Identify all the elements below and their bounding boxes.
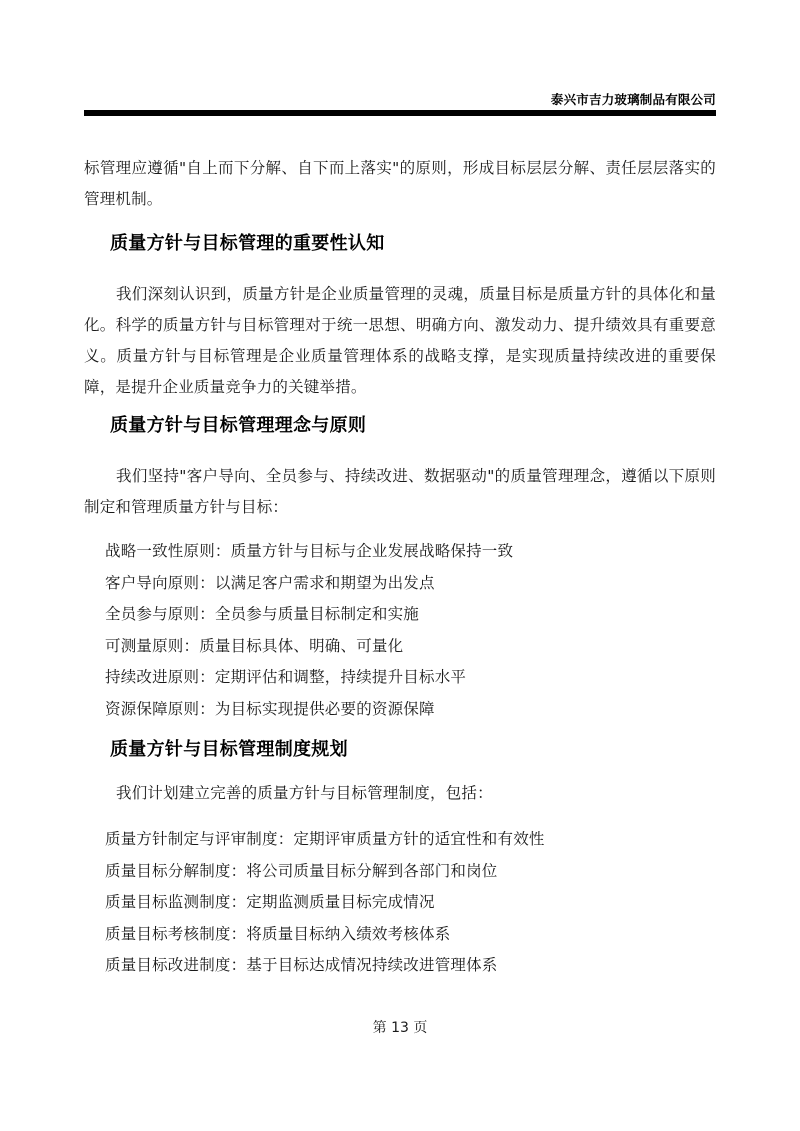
paragraph-principles-intro: 我们坚持"客户导向、全员参与、持续改进、数据驱动"的质量管理理念，遵循以下原则制…: [84, 461, 716, 523]
document-page: 泰兴市吉力玻璃制品有限公司 标管理应遵循"自上而下分解、自下而上落实"的原则，形…: [0, 0, 800, 1131]
company-name: 泰兴市吉力玻璃制品有限公司: [84, 93, 716, 107]
list-item-principle: 资源保障原则：为目标实现提供必要的资源保障: [105, 694, 716, 726]
list-item-system: 质量目标分解制度：将公司质量目标分解到各部门和岗位: [105, 856, 716, 888]
heading-importance: 质量方针与目标管理的重要性认知: [110, 232, 716, 256]
list-item-principle: 全员参与原则：全员参与质量目标制定和实施: [105, 599, 716, 631]
heading-principles: 质量方针与目标管理理念与原则: [110, 414, 716, 438]
heading-system: 质量方针与目标管理制度规划: [110, 738, 716, 762]
header-rule: [84, 110, 716, 116]
list-item-principle: 持续改进原则：定期评估和调整，持续提升目标水平: [105, 662, 716, 694]
list-item-principle: 可测量原则：质量目标具体、明确、可量化: [105, 631, 716, 663]
list-item-principle: 客户导向原则：以满足客户需求和期望为出发点: [105, 568, 716, 600]
list-item-system: 质量目标监测制度：定期监测质量目标完成情况: [105, 887, 716, 919]
page-number: 第 13 页: [373, 1020, 428, 1036]
page-footer: 第 13 页: [0, 1021, 800, 1036]
system-list: 质量方针制定与评审制度：定期评审质量方针的适宜性和有效性 质量目标分解制度：将公…: [105, 824, 716, 982]
list-item-system: 质量方针制定与评审制度：定期评审质量方针的适宜性和有效性: [105, 824, 716, 856]
paragraph-continuation: 标管理应遵循"自上而下分解、自下而上落实"的原则，形成目标层层分解、责任层层落实…: [84, 153, 716, 215]
principles-list: 战略一致性原则：质量方针与目标与企业发展战略保持一致 客户导向原则：以满足客户需…: [105, 536, 716, 725]
paragraph-importance-body: 我们深刻认识到，质量方针是企业质量管理的灵魂，质量目标是质量方针的具体化和量化。…: [84, 279, 716, 403]
list-item-principle: 战略一致性原则：质量方针与目标与企业发展战略保持一致: [105, 536, 716, 568]
list-item-system: 质量目标考核制度：将质量目标纳入绩效考核体系: [105, 919, 716, 951]
document-content: 泰兴市吉力玻璃制品有限公司 标管理应遵循"自上而下分解、自下而上落实"的原则，形…: [84, 93, 716, 982]
list-item-system: 质量目标改进制度：基于目标达成情况持续改进管理体系: [105, 950, 716, 982]
paragraph-system-intro: 我们计划建立完善的质量方针与目标管理制度，包括：: [84, 778, 716, 809]
